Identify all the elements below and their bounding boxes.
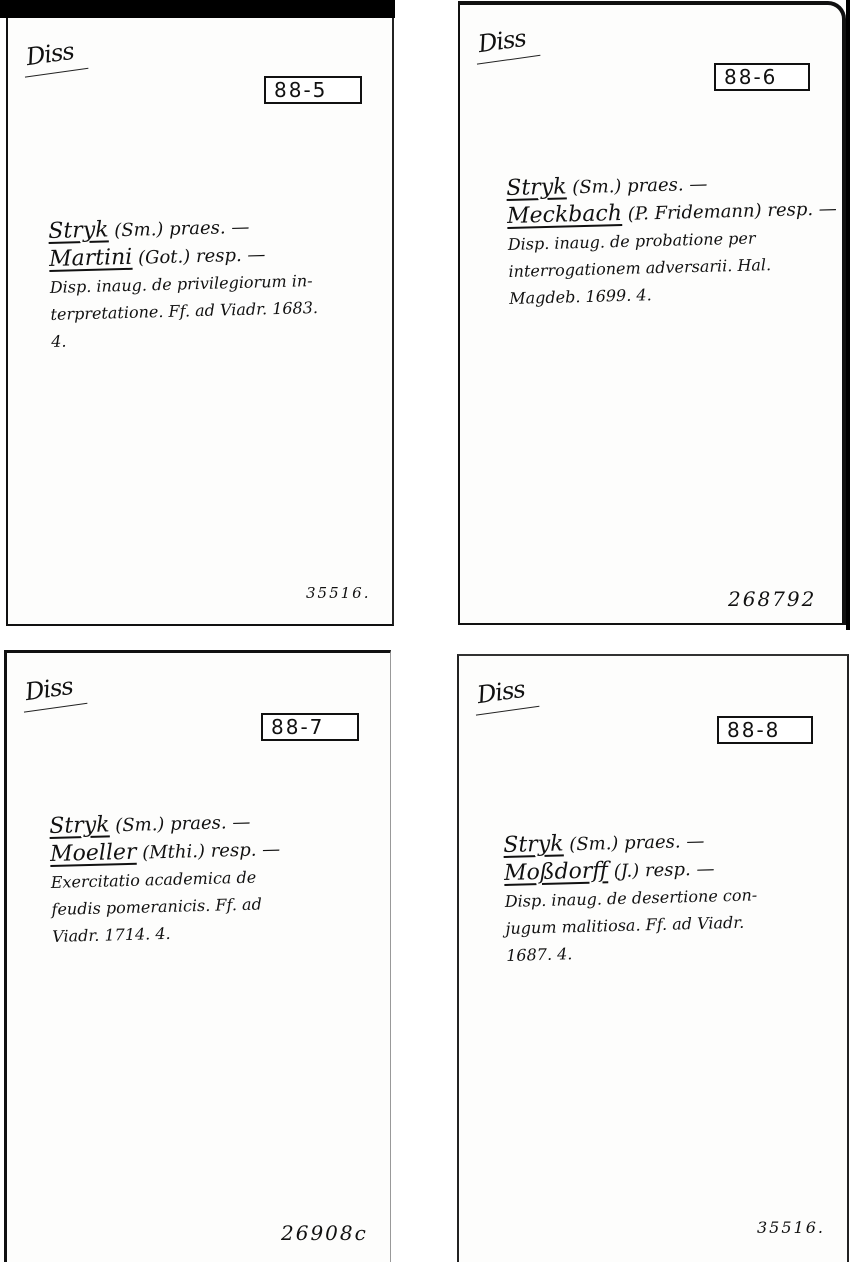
accession-number: 35516.	[306, 584, 371, 602]
respondent-name: Martini	[49, 245, 133, 272]
category-label: Diss	[24, 37, 75, 71]
author-name: Stryk	[506, 174, 567, 201]
respondent-name: Moßdorff	[504, 858, 609, 886]
call-number: 88-6	[714, 63, 810, 91]
call-number: 88-8	[717, 716, 813, 744]
accession-number: 26908c	[281, 1221, 368, 1245]
catalog-card: Diss 88-5 Stryk (Sm.) praes. — Martini (…	[6, 18, 394, 626]
bibliographic-entry: Stryk (Sm.) praes. — Martini (Got.) resp…	[48, 211, 319, 355]
scan-border-top	[0, 0, 395, 18]
accession-number: 268792	[728, 587, 816, 611]
catalog-card: Diss 88-6 Stryk (Sm.) praes. — Meckbach …	[458, 1, 846, 625]
entry-line-imprint: Viadr. 1714. 4.	[52, 917, 283, 950]
catalog-card: Diss 88-8 Stryk (Sm.) praes. — Moßdorff …	[457, 654, 849, 1262]
bibliographic-entry: Stryk (Sm.) praes. — Moßdorff (J.) resp.…	[503, 825, 759, 969]
call-number: 88-7	[261, 713, 359, 741]
category-label: Diss	[475, 675, 526, 709]
accession-number: 35516.	[757, 1218, 825, 1237]
scan-border-right	[846, 0, 850, 630]
author-name: Stryk	[49, 812, 110, 839]
category-label: Diss	[23, 672, 74, 706]
respondent-name: Moeller	[50, 840, 137, 867]
entry-line-imprint: 1687. 4.	[506, 935, 759, 969]
bibliographic-entry: Stryk (Sm.) praes. — Moeller (Mthi.) res…	[49, 807, 283, 950]
catalog-card: Diss 88-7 Stryk (Sm.) praes. — Moeller (…	[4, 650, 391, 1262]
call-number: 88-5	[264, 76, 362, 104]
respondent-name: Meckbach	[507, 201, 623, 229]
category-label: Diss	[476, 24, 527, 58]
bibliographic-entry: Stryk (Sm.) praes. — Meckbach (P. Fridem…	[506, 166, 839, 312]
author-name: Stryk	[48, 217, 109, 244]
author-name: Stryk	[503, 831, 564, 858]
